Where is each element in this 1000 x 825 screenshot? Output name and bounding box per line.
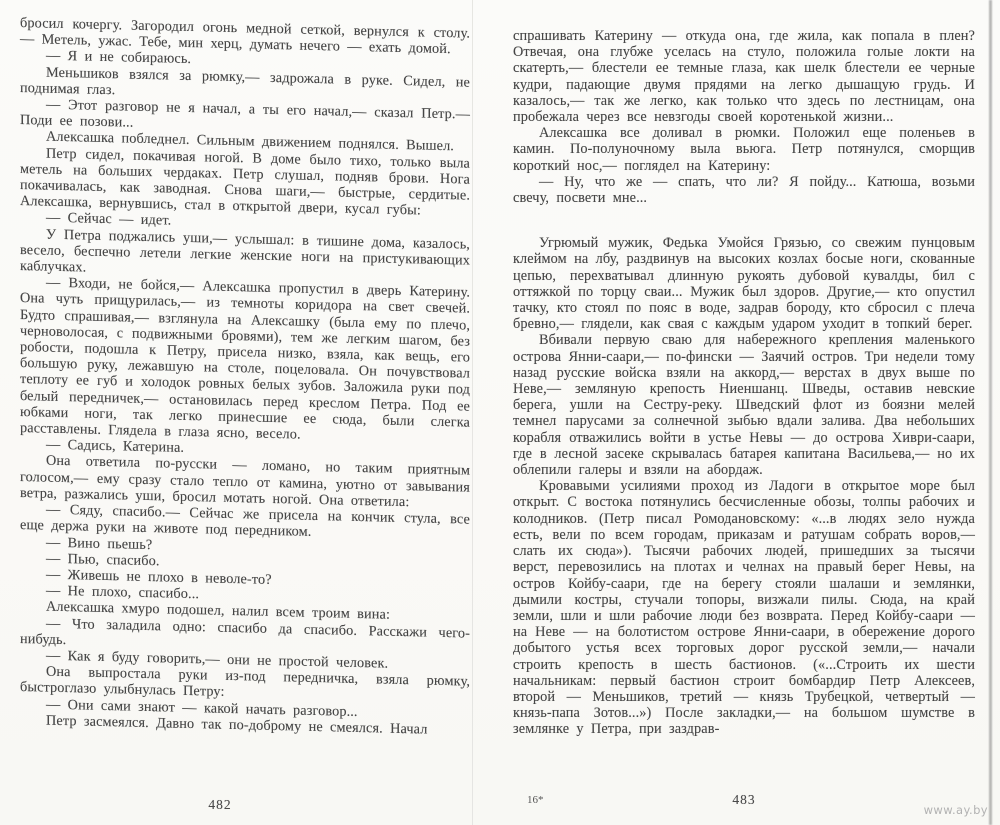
paragraph: Алексашка все доливал в рюмки. Положил е… [513, 125, 975, 174]
page-number-right: 483 [513, 792, 975, 808]
paragraph: Угрюмый мужик, Федька Умойся Грязью, со … [513, 235, 975, 332]
page-gutter-seam [472, 0, 473, 825]
book-scan: бросил кочергу. Загородил огонь медной с… [0, 0, 1000, 825]
page-right-footer: 16* 483 [513, 792, 975, 810]
paragraph: — Ну, что же — спать, что ли? Я пойду...… [513, 174, 975, 206]
paragraph: спрашивать Катерину — откуда она, где жи… [513, 28, 975, 125]
page-right-text: спрашивать Катерину — откуда она, где жи… [513, 28, 975, 738]
page-left-text: бросил кочергу. Загородил огонь медной с… [20, 15, 470, 739]
scan-page-edge [989, 0, 992, 825]
paragraph: Вбивали первую сваю для набережного креп… [513, 332, 975, 478]
paragraph: Кровавыми усилиями проход из Ладоги в от… [513, 478, 975, 737]
page-number-left: 482 [20, 797, 470, 813]
paragraph: — Входи, не бойся,— Алексашка пропустил … [20, 274, 470, 447]
watermark-text: www.ay.by [924, 803, 988, 817]
paragraph: Петр сидел, покачивая ногой. В доме было… [20, 145, 470, 220]
printer-signature-mark: 16* [527, 794, 544, 806]
